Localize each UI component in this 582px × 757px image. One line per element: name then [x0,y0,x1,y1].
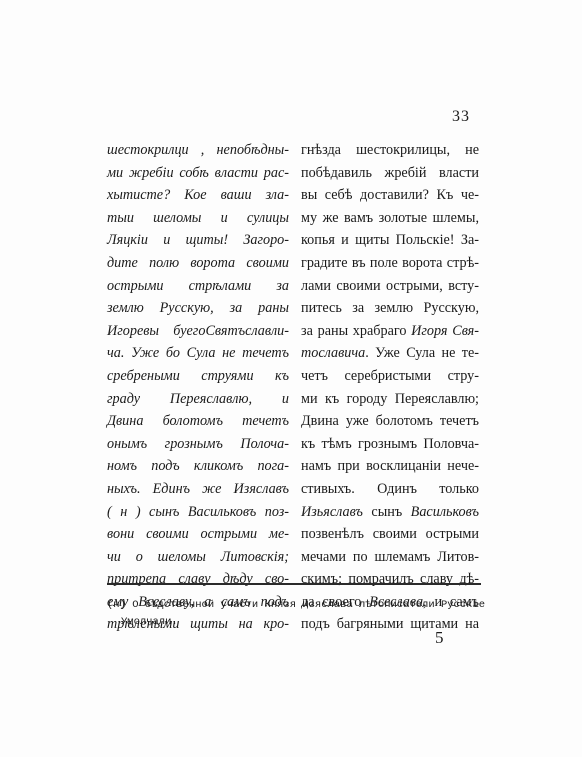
text-line: землю Русскую, за раны [107,297,289,320]
text-line: притрепа славу дѣду сво- [107,568,289,591]
book-page: 33 шестокрилци , непобѣдны-ми жребіи соб… [0,0,582,757]
text-line: номъ подъ кликомъ пога- [107,455,289,478]
text-line: Ляцкіи и щиты! Загоро- [107,229,289,252]
text-line: вы себѣ доставили? Къ че- [301,184,479,207]
text-line: хытисте? Кое ваши зла- [107,184,289,207]
text-line: стивыхъ. Одинъ только [301,478,479,501]
text-line: намъ при восклицаніи нече- [301,455,479,478]
text-span: му же вамъ золотые шлемы, [301,210,479,226]
footnote: (н) О бѣдственной участи Князя Изяслава … [107,597,481,631]
text-line: мечами по шлемамъ Литов- [301,546,479,569]
italic-name: Изьяславъ [301,504,363,520]
text-line: позвенѣлъ своими острыми [301,523,479,546]
left-column-old-text: шестокрилци , непобѣдны-ми жребіи собѣ в… [107,139,289,636]
text-line: ча. Уже бо Сула не течетъ [107,342,289,365]
text-line: четъ серебристыми стру- [301,365,479,388]
text-line: ( н ) сынъ Васильковъ поз- [107,501,289,524]
signature-mark: 5 [435,628,444,648]
text-line: шестокрилци , непобѣдны- [107,139,289,162]
text-line: онымъ грознымъ Полоча- [107,433,289,456]
text-line: острыми стрѣлами за [107,275,289,298]
italic-name: тославича [301,345,365,361]
text-line: Изьяславъ сынъ Васильковъ [301,501,479,524]
text-line: гнѣзда шестокрилицы, не [301,139,479,162]
footnote-line-1: (н) О бѣдственной участи Князя Изяслава … [107,597,481,614]
text-line: му же вамъ золотые шлемы, [301,207,479,230]
text-line: Игоревы буегоСвятъславли- [107,320,289,343]
text-span: гнѣзда шестокрилицы, не [301,142,479,158]
text-span: сынъ [363,504,411,520]
text-line: граду Переяславлю, и [107,388,289,411]
text-line: чи о шеломы Литовскія; [107,546,289,569]
text-line: тославича. Уже Сула не те- [301,342,479,365]
text-span: стивыхъ. Одинъ только [301,481,479,497]
text-span: лами своими острыми, всту- [301,278,479,294]
text-line: градите въ поле ворота стрѣ- [301,252,479,275]
text-line: вони своими острыми ме- [107,523,289,546]
text-line: ныхъ. Единъ же Изяславъ [107,478,289,501]
text-span: градите въ поле ворота стрѣ- [301,255,479,271]
text-line: тыи шеломы и сулицы [107,207,289,230]
text-line: побѣдавиль жребій власти [301,162,479,185]
text-line: питесь за землю Русскую, [301,297,479,320]
page-number: 33 [452,108,470,126]
text-span: вы себѣ доставили? Къ че- [301,187,479,203]
text-line: дите полю ворота своими [107,252,289,275]
text-span: Двина уже болотомъ течетъ [301,413,479,429]
text-line: за раны храбраго Игоря Свя- [301,320,479,343]
text-span: ми къ городу Переяславлю; [301,391,479,407]
text-span: копья и щиты Польскіе! За- [301,232,479,248]
text-span: . Уже Сула не те- [365,345,479,361]
text-line: ми къ городу Переяславлю; [301,388,479,411]
text-line: сребреными струями къ [107,365,289,388]
text-line: ми жребіи собѣ власти рас- [107,162,289,185]
footnote-divider [107,583,481,585]
text-line: скимъ; помрачилъ славу дѣ- [301,568,479,591]
italic-name: Васильковъ [411,504,479,520]
footnote-line-2: Умолчали. [107,614,481,631]
text-span: за раны храбраго [301,323,411,339]
text-line: лами своими острыми, всту- [301,275,479,298]
text-span: намъ при восклицаніи нече- [301,458,479,474]
text-span: позвенѣлъ своими острыми [301,526,479,542]
text-span: четъ серебристыми стру- [301,368,479,384]
text-line: копья и щиты Польскіе! За- [301,229,479,252]
italic-name: Игоря Свя- [411,323,479,339]
text-span: къ тѣмъ грознымъ Половча- [301,436,479,452]
text-span: побѣдавиль жребій власти [301,165,479,181]
text-span: мечами по шлемамъ Литов- [301,549,479,565]
text-span: питесь за землю Русскую, [301,300,479,316]
text-line: Двина болотомъ течетъ [107,410,289,433]
text-line: къ тѣмъ грознымъ Половча- [301,433,479,456]
text-line: Двина уже болотомъ течетъ [301,410,479,433]
right-column-translation: гнѣзда шестокрилицы, непобѣдавиль жребій… [301,139,479,636]
